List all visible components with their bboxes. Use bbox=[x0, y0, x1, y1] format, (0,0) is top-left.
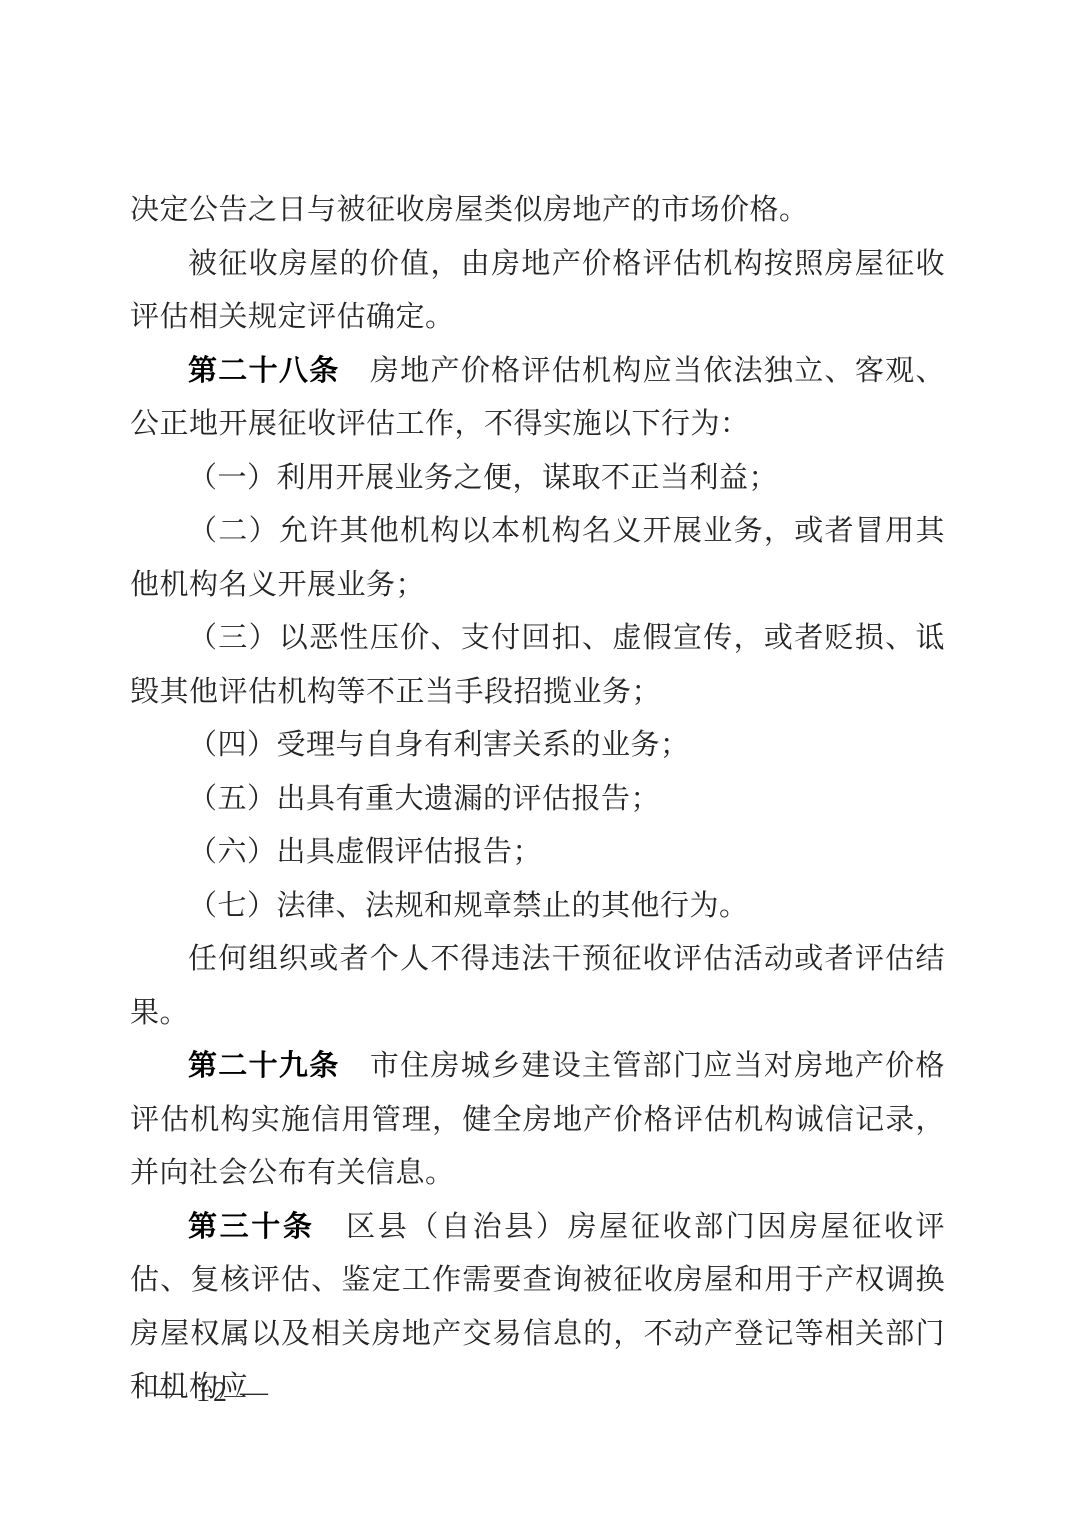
paragraph-text: 被征收房屋的价值，由房地产价格评估机构按照房屋征收评估相关规定评估确定。 bbox=[130, 248, 945, 334]
paragraph-text: 决定公告之日与被征收房屋类似房地产的市场价格。 bbox=[130, 194, 809, 226]
paragraph-text: （二）允许其他机构以本机构名义开展业务，或者冒用其他机构名义开展业务； bbox=[130, 515, 945, 601]
clause-item-6: （六）出具虚假评估报告； bbox=[130, 826, 945, 880]
clause-item-4: （四）受理与自身有利害关系的业务； bbox=[130, 719, 945, 773]
article-number: 第二十九条 bbox=[188, 1050, 340, 1082]
paragraph-text: 任何组织或者个人不得违法干预征收评估活动或者评估结果。 bbox=[130, 943, 945, 1029]
paragraph-continuation: 决定公告之日与被征收房屋类似房地产的市场价格。 bbox=[130, 184, 945, 238]
clause-item-3: （三）以恶性压价、支付回扣、虚假宣传，或者贬损、诋毁其他评估机构等不正当手段招揽… bbox=[130, 612, 945, 719]
paragraph-text: （一）利用开展业务之便，谋取不正当利益； bbox=[188, 462, 778, 494]
paragraph-text: （六）出具虚假评估报告； bbox=[188, 836, 542, 868]
paragraph-article-29: 第二十九条 市住房城乡建设主管部门应当对房地产价格评估机构实施信用管理，健全房地… bbox=[130, 1040, 945, 1201]
document-page: 决定公告之日与被征收房屋类似房地产的市场价格。 被征收房屋的价值，由房地产价格评… bbox=[0, 0, 1074, 1520]
clause-item-5: （五）出具有重大遗漏的评估报告； bbox=[130, 773, 945, 827]
paragraph-article-28: 第二十八条 房地产价格评估机构应当依法独立、客观、公正地开展征收评估工作，不得实… bbox=[130, 345, 945, 452]
article-number: 第二十八条 bbox=[188, 355, 340, 387]
paragraph-text: （三）以恶性压价、支付回扣、虚假宣传，或者贬损、诋毁其他评估机构等不正当手段招揽… bbox=[130, 622, 945, 708]
document-body: 决定公告之日与被征收房屋类似房地产的市场价格。 被征收房屋的价值，由房地产价格评… bbox=[130, 184, 945, 1415]
article-number: 第三十条 bbox=[188, 1211, 315, 1243]
paragraph-text: （五）出具有重大遗漏的评估报告； bbox=[188, 783, 660, 815]
page-number-text: — 12 — bbox=[155, 1377, 271, 1408]
paragraph: 任何组织或者个人不得违法干预征收评估活动或者评估结果。 bbox=[130, 933, 945, 1040]
page-number: — 12 — bbox=[155, 1377, 271, 1409]
clause-item-2: （二）允许其他机构以本机构名义开展业务，或者冒用其他机构名义开展业务； bbox=[130, 505, 945, 612]
clause-item-7: （七）法律、法规和规章禁止的其他行为。 bbox=[130, 880, 945, 934]
paragraph-text: （七）法律、法规和规章禁止的其他行为。 bbox=[188, 890, 749, 922]
clause-item-1: （一）利用开展业务之便，谋取不正当利益； bbox=[130, 452, 945, 506]
paragraph: 被征收房屋的价值，由房地产价格评估机构按照房屋征收评估相关规定评估确定。 bbox=[130, 238, 945, 345]
paragraph-text: （四）受理与自身有利害关系的业务； bbox=[188, 729, 690, 761]
